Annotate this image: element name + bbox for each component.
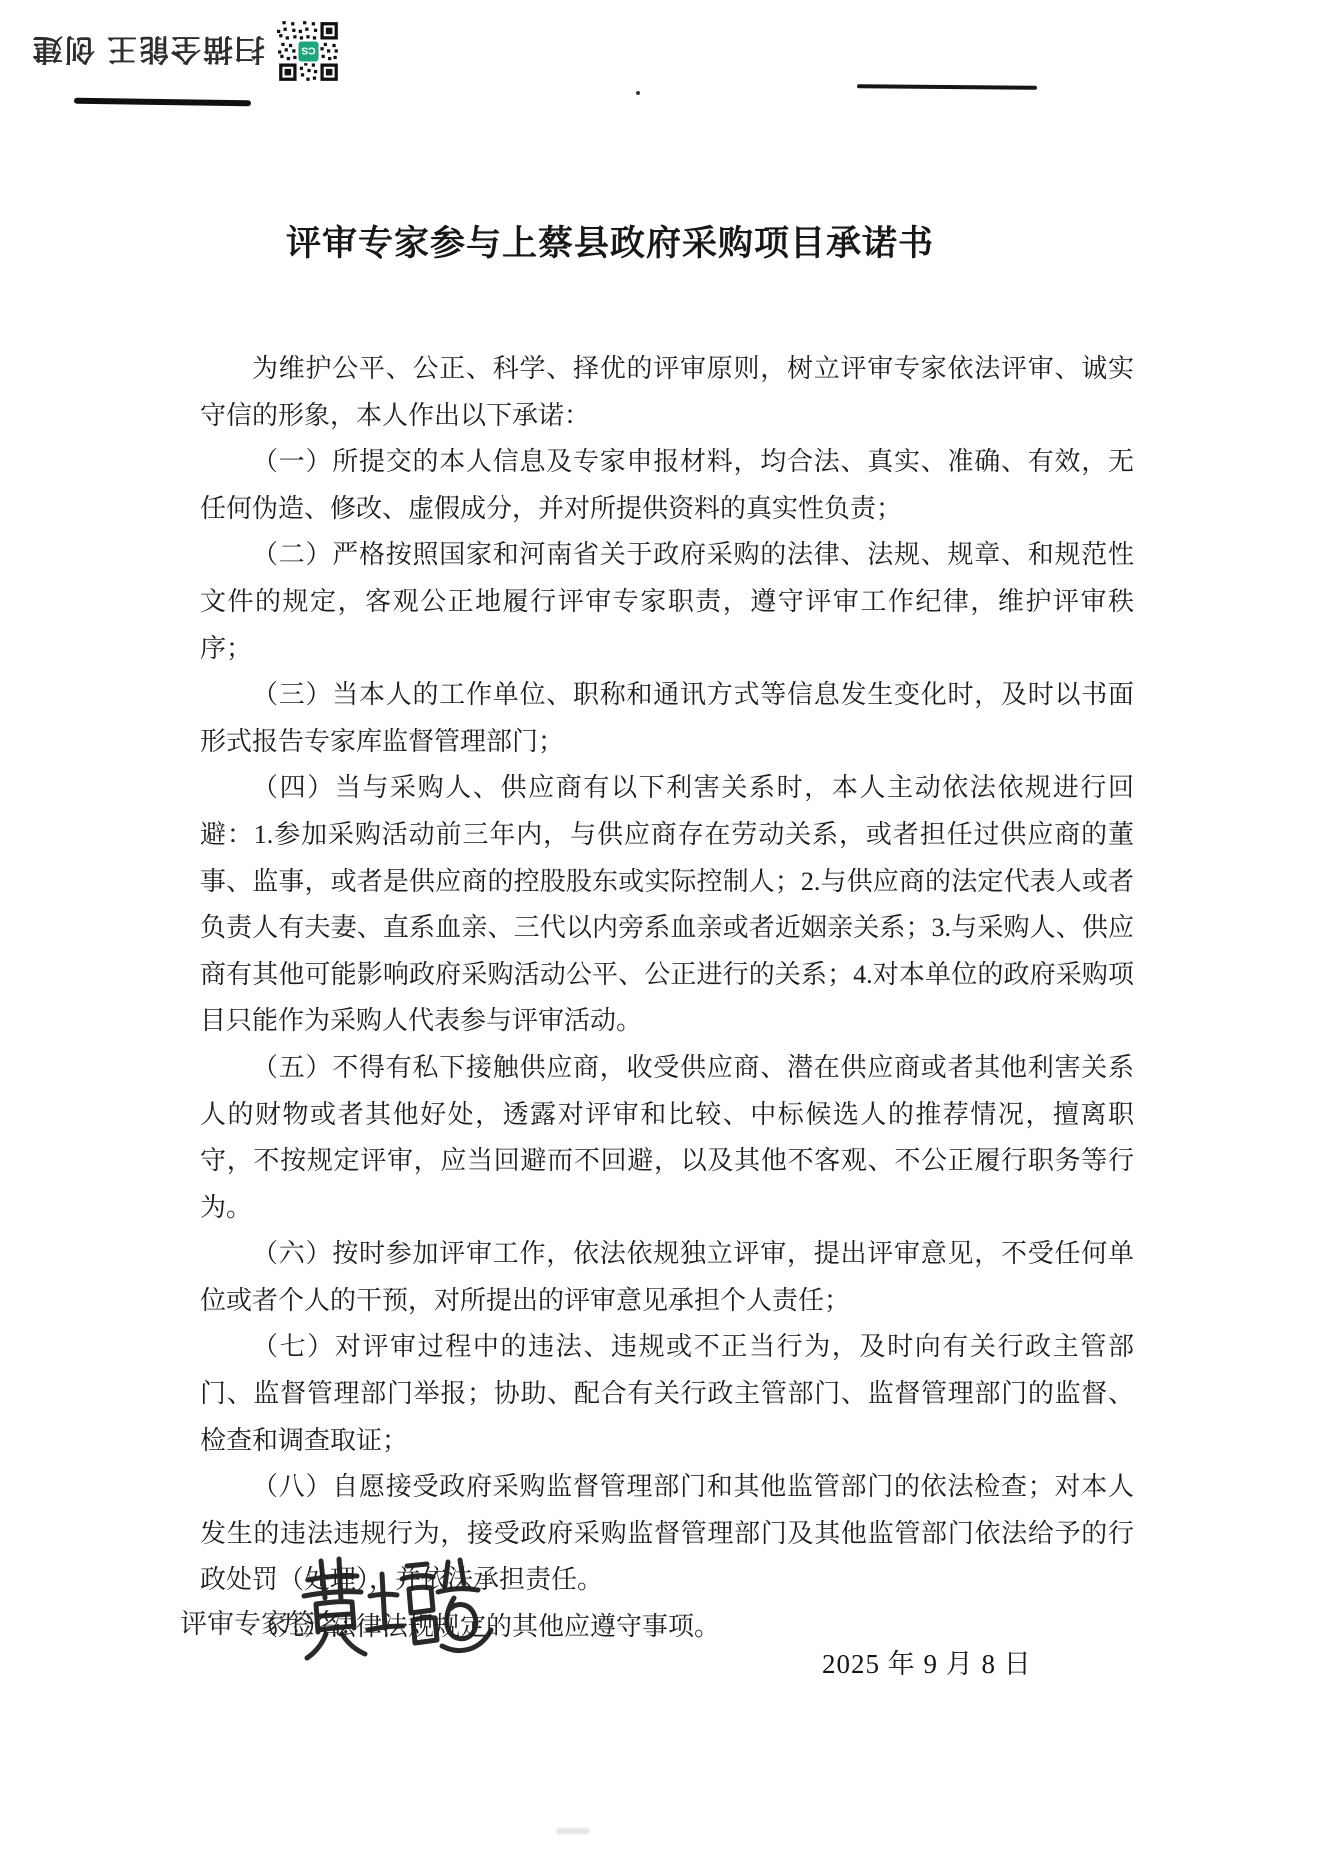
- document-body: 为维护公平、公正、科学、择优的评审原则，树立评审专家依法评审、诚实守信的形象，本…: [200, 346, 1134, 1651]
- page-title: 评审专家参与上蔡县政府采购项目承诺书: [144, 216, 1076, 266]
- intro-paragraph: 为维护公平、公正、科学、择优的评审原则，树立评审专家依法评审、诚实守信的形象，本…: [200, 346, 1134, 439]
- clause-1-paragraph: （一）所提交的本人信息及专家申报材料，均合法、真实、准确、有效，无任何伪造、修改…: [200, 439, 1134, 532]
- scan-artifact-line-right: [857, 84, 1037, 89]
- scanned-document-page: CS 扫描全能王 创建 评审专家参与上蔡县政府采购项目承诺书 为维护公平、公正、…: [0, 0, 1322, 1871]
- document-date: 2025 年 9 月 8 日: [822, 1642, 1032, 1681]
- clause-5-paragraph: （五）不得有私下接触供应商，收受供应商、潜在供应商或者其他利害关系人的财物或者其…: [200, 1045, 1134, 1231]
- scan-artifact-line-left: [74, 98, 251, 106]
- clause-7-paragraph: （七）对评审过程中的违法、违规或不正当行为，及时向有关行政主管部门、监督管理部门…: [200, 1324, 1134, 1464]
- scan-artifact-dot: [636, 91, 640, 95]
- qr-badge-label: CS: [301, 45, 315, 56]
- clause-3-paragraph: （三）当本人的工作单位、职称和通讯方式等信息发生变化时，及时以书面形式报告专家库…: [200, 672, 1134, 765]
- camscanner-watermark: CS 扫描全能王 创建: [38, 14, 340, 90]
- clause-4-paragraph: （四）当与采购人、供应商有以下利害关系时，本人主动依法依规进行回避：1.参加采购…: [200, 765, 1134, 1045]
- scan-artifact-smudge: [556, 1828, 590, 1834]
- clause-2-paragraph: （二）严格按照国家和河南省关于政府采购的法律、法规、规章、和规范性文件的规定，客…: [200, 532, 1134, 672]
- camscanner-text: 扫描全能王 创建: [31, 30, 265, 74]
- clause-6-paragraph: （六）按时参加评审工作，依法依规独立评审，提出评审意见，不受任何单位或者个人的干…: [200, 1231, 1134, 1324]
- qr-code-icon: CS: [277, 21, 340, 84]
- signature-handwriting: [294, 1546, 494, 1674]
